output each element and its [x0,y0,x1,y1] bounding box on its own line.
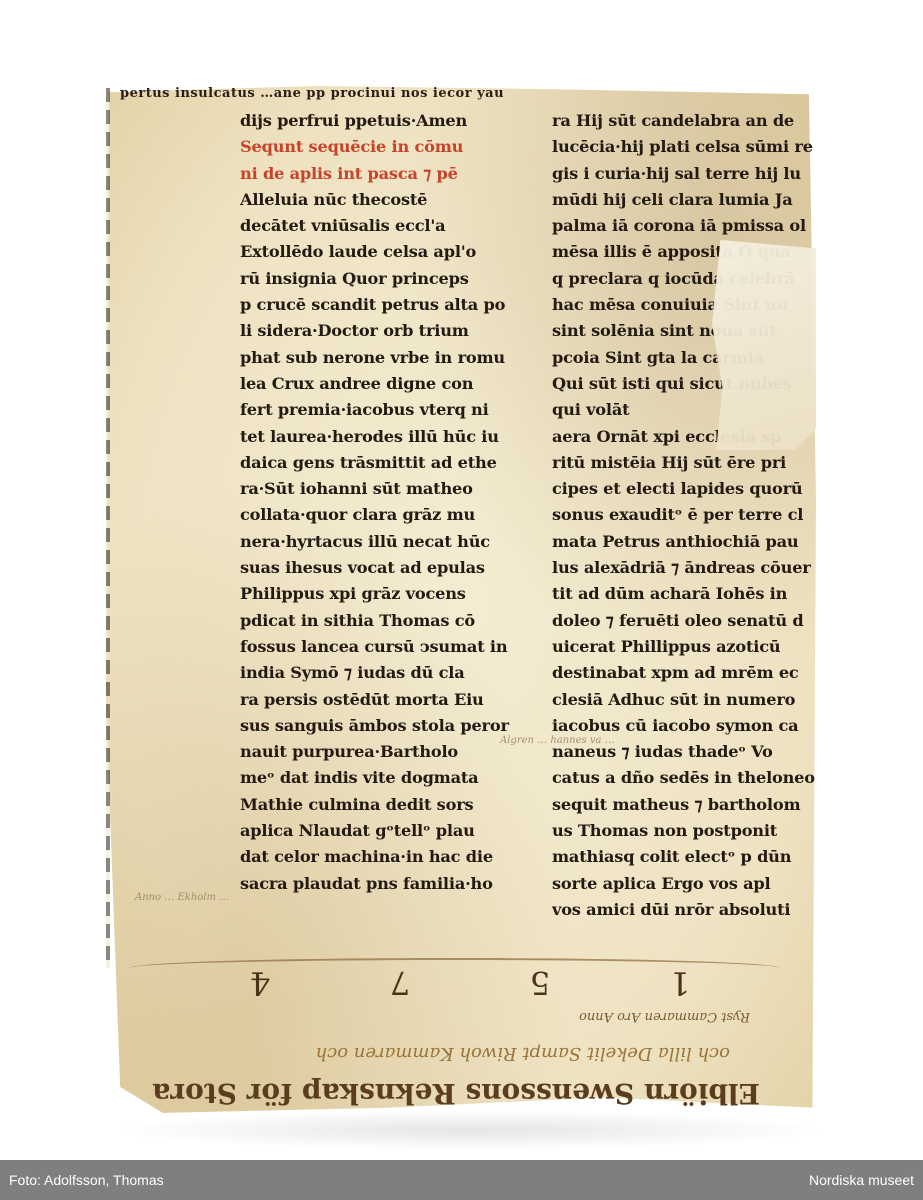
text-line: meᵒ dat indis vite dogmata [240,765,512,791]
text-line: sorte aplica Ergo vos apl [552,871,816,897]
text-line: ra·Sūt iohanni sūt matheo [240,476,512,502]
text-line: Mathie culmina dedit sors [240,792,512,818]
text-line: nauit purpurea·Bartholo [240,739,512,765]
running-head: pertus insulcatus …ane pp procinui nos i… [120,86,540,100]
upside-down-inscription: Elbiörn Swenssons Reknskap för Stora och… [150,960,790,1110]
text-line: us Thomas non postponit [552,818,816,844]
text-line: pdicat in sithia Thomas cō [240,608,512,634]
text-line: ra persis ostēdūt morta Eiu [240,687,512,713]
text-line: uicerat Phillippus azoticū [552,634,816,660]
text-line: india Symō ⁊ iudas dū cla [240,660,512,686]
text-line: dijs perfrui ppetuis·Amen [240,108,512,134]
text-line: cipes et electi lapides quorū [552,476,816,502]
text-line: fert premia·iacobus vterq ni [240,397,512,423]
text-line: Extollēdo laude celsa apl'o [240,239,512,265]
text-line: daica gens trāsmittit ad ethe [240,450,512,476]
text-line: collata·quor clara grāz mu [240,502,512,528]
text-column-right: ra Hij sūt candelabra an delucēcia·hij p… [552,108,816,923]
text-line: catus a dño sedēs in theloneo [552,765,816,791]
text-line: vos amici dūi nrōr absoluti [552,897,816,923]
text-line: nera·hyrtacus illū necat hūc [240,529,512,555]
text-line: li sidera·Doctor orb trium [240,318,512,344]
text-line: fossus lancea cursū ↄsumat in [240,634,512,660]
text-line: Philippus xpi grāz vocens [240,581,512,607]
text-line: p crucē scandit petrus alta po [240,292,512,318]
text-line: doleo ⁊ feruēti oleo senatū d [552,608,816,634]
inscription-line-3: Ryst Cammaren Aro Anno [579,1009,750,1024]
photo-background: pertus insulcatus …ane pp procinui nos i… [0,0,923,1160]
year-digit: 1 [670,964,690,1002]
text-line: sonus exauditᵒ ē per terre cl [552,502,816,528]
text-line: phat sub nerone vrbe in romu [240,345,512,371]
text-line: ritū mistēia Hij sūt ēre pri [552,450,816,476]
year-digit: 7 [390,964,410,1002]
text-line: Sequnt sequēcie in cōmu [240,134,512,160]
text-line: tet laurea·herodes illū hūc iu [240,424,512,450]
text-line: mata Petrus anthiochiā pau [552,529,816,555]
year-digit: 5 [530,964,550,1002]
text-line: tit ad dūm acharā Iohēs in [552,581,816,607]
text-line: sus sanguis āmbos stola peror [240,713,512,739]
text-line: ni de aplis int pasca ⁊ pē [240,161,512,187]
text-line: suas ihesus vocat ad epulas [240,555,512,581]
text-line: sequit matheus ⁊ bartholom [552,792,816,818]
text-line: sacra plaudat pns familia·ho [240,871,512,897]
text-line: ra Hij sūt candelabra an de [552,108,816,134]
text-line: clesiā Adhuc sūt in numero [552,687,816,713]
text-line: mathiasq colit electᵒ p dūn [552,844,816,870]
text-column-left: dijs perfrui ppetuis·AmenSequnt sequēcie… [240,108,512,897]
text-line: dat celor machina·in hac die [240,844,512,870]
torn-repair-patch [712,240,816,450]
text-line: lea Crux andree digne con [240,371,512,397]
text-line: palma iā corona iā pmissa ol [552,213,816,239]
marginal-note-center: Algren … hannes va … [500,735,615,746]
text-line: rū insignia Quor princeps [240,266,512,292]
inscription-year: 1 5 7 4 [190,964,750,1002]
text-line: gis i curia·hij sal terre hij lu [552,161,816,187]
marginal-note-left: Anno … Ekholm … [135,892,229,903]
caption-bar: Foto: Adolfsson, Thomas Nordiska museet [0,1160,923,1200]
page-shadow [110,1110,830,1150]
text-line: lus alexādriā ⁊ āndreas cōuer [552,555,816,581]
institution-credit: Nordiska museet [809,1172,914,1188]
text-line: decātet vniūsalis eccl'a [240,213,512,239]
photographer-credit: Foto: Adolfsson, Thomas [9,1172,164,1188]
inscription-line-1: Elbiörn Swenssons Reknskap för Stora [152,1077,760,1110]
text-line: mūdi hij celi clara lumia Ja [552,187,816,213]
inscription-line-2: och lilla Dekelit Sampt Riwoh Kammaren o… [316,1043,730,1064]
text-line: Alleluia nūc thecostē [240,187,512,213]
page-binding-edge [106,88,110,968]
text-line: lucēcia·hij plati celsa sūmi re [552,134,816,160]
text-line: destinabat xpm ad mrēm ec [552,660,816,686]
text-line: aplica Nlaudat gᵒtellᵒ plau [240,818,512,844]
year-digit: 4 [250,964,270,1002]
